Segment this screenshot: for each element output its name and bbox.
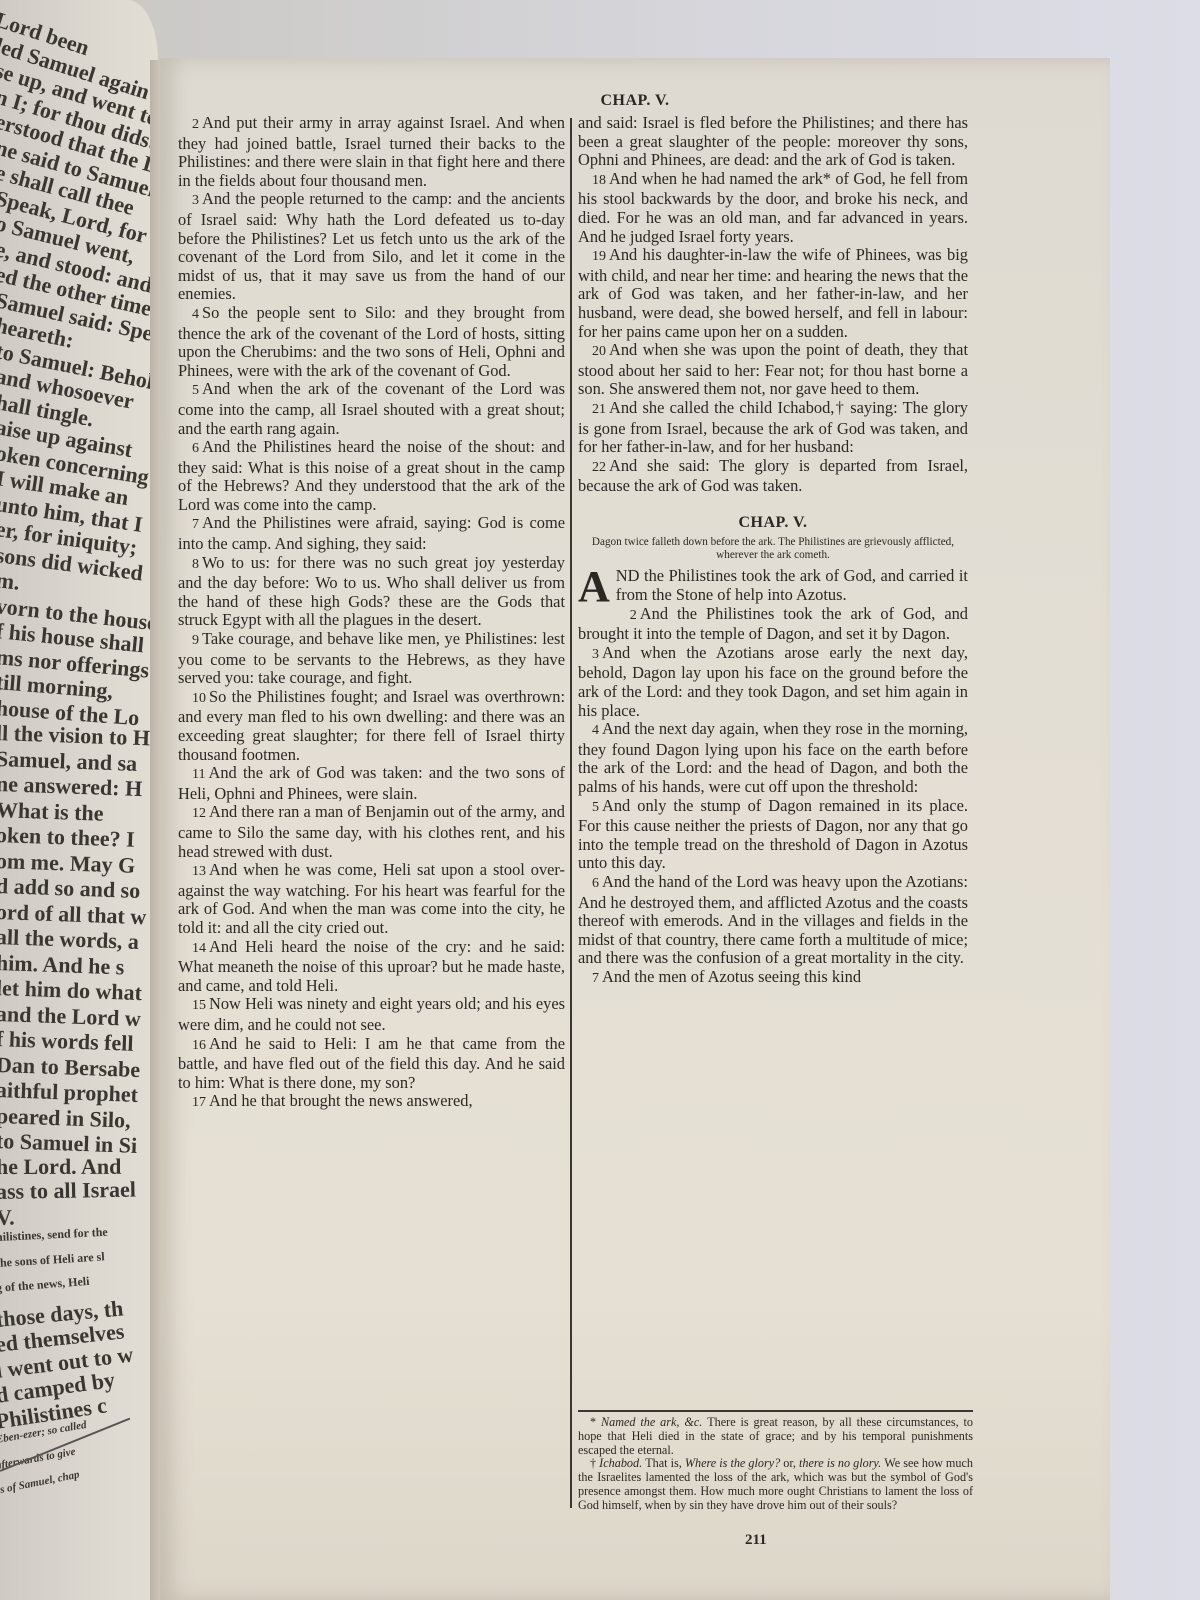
chapter-v-verses: 2And the Philistines took the ark of God… xyxy=(578,605,968,989)
verse: 7And the Philistines were afraid, saying… xyxy=(178,514,565,553)
verse-number: 7 xyxy=(592,971,599,986)
verse: 11And the ark of God was taken: and the … xyxy=(178,764,565,803)
facing-page-text: V. xyxy=(0,1204,15,1231)
verse-number: 11 xyxy=(192,767,205,782)
verse-number: 17 xyxy=(192,1095,206,1110)
footnote-mark: * xyxy=(590,1415,601,1429)
verse-text: Now Heli was ninety and eight years old;… xyxy=(178,994,565,1034)
verse: 9Take courage, and behave like men, ye P… xyxy=(178,630,565,688)
verse-text: And the men of Azotus seeing this kind xyxy=(602,967,861,986)
verse-number: 16 xyxy=(192,1038,206,1053)
facing-page: Lord beenled Samuel againse up, and went… xyxy=(0,0,158,1600)
verse-text: So the people sent to Silo: and they bro… xyxy=(178,303,565,380)
verse-number: 2 xyxy=(192,117,199,132)
verse: 17And he that brought the news answered, xyxy=(178,1092,565,1113)
verse-text: And only the stump of Dagon remained in … xyxy=(578,796,968,873)
right-column: and said: Israel is fled before the Phil… xyxy=(578,114,968,989)
drop-cap: A xyxy=(578,569,610,605)
verse-number: 12 xyxy=(192,806,206,821)
verse-number: 14 xyxy=(192,941,206,956)
verse: 22And she said: The glory is departed fr… xyxy=(578,457,968,496)
verse: 3And when the Azotians arose early the n… xyxy=(578,644,968,720)
verse-text: And Heli heard the noise of the cry: and… xyxy=(178,937,565,995)
verse-text: And she said: The glory is departed from… xyxy=(578,456,968,496)
footnote-1: * Named the ark, &c. There is great reas… xyxy=(578,1416,973,1457)
verse-number: 2 xyxy=(630,608,637,623)
verse-number: 6 xyxy=(192,441,199,456)
footnotes: * Named the ark, &c. There is great reas… xyxy=(578,1416,973,1513)
verse-number: 18 xyxy=(592,173,606,188)
verse: 18And when he had named the ark* of God,… xyxy=(578,170,968,246)
verse: 6And the hand of the Lord was heavy upon… xyxy=(578,873,968,968)
verse-text: Take courage, and behave like men, ye Ph… xyxy=(178,629,565,687)
verse: 19And his daughter-in-law the wife of Ph… xyxy=(578,246,968,341)
verse: 2And put their army in array against Isr… xyxy=(178,114,565,190)
footnote-lemma: Ichabod. xyxy=(599,1456,645,1470)
verse: 3And the people returned to the camp: an… xyxy=(178,190,565,304)
footnote-rule xyxy=(578,1410,973,1412)
verse-number: 4 xyxy=(592,723,599,738)
verse-number: 22 xyxy=(592,460,606,475)
verse-text: And when the ark of the covenant of the … xyxy=(178,379,565,437)
verse-text: And he said to Heli: I am he that came f… xyxy=(178,1034,565,1092)
verse: and said: Israel is fled before the Phil… xyxy=(578,114,968,170)
facing-page-text: afterwards to give xyxy=(0,1445,76,1471)
verse-text: And the Philistines were afraid, saying:… xyxy=(178,513,565,553)
verse: 10So the Philistines fought; and Israel … xyxy=(178,688,565,764)
footnote-italic: Where is the glory? xyxy=(685,1456,783,1470)
running-head: CHAP. V. xyxy=(160,92,1110,110)
verse-number: 5 xyxy=(192,383,199,398)
facing-page-text: ass to all Israel xyxy=(0,1177,136,1205)
verse: 16And he said to Heli: I am he that came… xyxy=(178,1035,565,1093)
verse-number: 15 xyxy=(192,998,206,1013)
verse-text: And when he had named the ark* of God, h… xyxy=(578,169,968,246)
verse: 8Wo to us: for there was no such great j… xyxy=(178,554,565,630)
verse-text: And he that brought the news answered, xyxy=(209,1091,473,1110)
verse-number: 6 xyxy=(592,876,599,891)
verse-text: And when she was upon the point of death… xyxy=(578,340,968,398)
verse-text: So the Philistines fought; and Israel wa… xyxy=(178,687,565,764)
verse-text: And the Philistines heard the noise of t… xyxy=(178,437,565,514)
footnote-text: or, xyxy=(783,1456,799,1470)
column-divider xyxy=(570,118,572,1508)
facing-page-text: he Lord. And xyxy=(0,1153,121,1179)
verse-text: And there ran a man of Benjamin out of t… xyxy=(178,802,565,860)
verse-text: And his daughter-in-law the wife of Phin… xyxy=(578,245,968,340)
footnote-2: † Ichabod. That is, Where is the glory? … xyxy=(578,1457,973,1512)
verse: 21And she called the child Ichabod,† say… xyxy=(578,399,968,457)
verse-text: and said: Israel is fled before the Phil… xyxy=(578,113,968,169)
verse: 4So the people sent to Silo: and they br… xyxy=(178,304,565,380)
verse-text: And the next day again, when they rose i… xyxy=(578,719,968,796)
verse: 2And the Philistines took the ark of God… xyxy=(578,605,968,644)
footnote-italic: there is no glory. xyxy=(799,1456,884,1470)
footnote-mark: † xyxy=(590,1456,599,1470)
verse: 15Now Heli was ninety and eight years ol… xyxy=(178,995,565,1034)
verse-number: 8 xyxy=(192,557,199,572)
chapter-first-verse: A ND the Philistines took the ark of God… xyxy=(578,567,968,604)
verse: 6And the Philistines heard the noise of … xyxy=(178,438,565,514)
verse: 13And when he was come, Heli sat upon a … xyxy=(178,861,565,937)
verse-number: 3 xyxy=(592,647,599,662)
verse-number: 4 xyxy=(192,307,199,322)
verse-text: And the people returned to the camp: and… xyxy=(178,189,565,303)
facing-page-text: g of the news, Heli xyxy=(0,1274,90,1296)
verse-text: And the ark of God was taken: and the tw… xyxy=(178,763,565,803)
verse-number: 5 xyxy=(592,800,599,815)
verse-number: 9 xyxy=(192,633,199,648)
verse-number: 3 xyxy=(192,193,199,208)
verse-number: 10 xyxy=(192,691,206,706)
verse-text: And when he was come, Heli sat upon a st… xyxy=(178,860,565,937)
verse-text: And put their army in array against Isra… xyxy=(178,113,565,190)
verse: 7And the men of Azotus seeing this kind xyxy=(578,968,968,989)
verse-number: 21 xyxy=(592,402,606,417)
facing-page-text: rs of Samuel, chap xyxy=(0,1469,81,1497)
chapter-heading: CHAP. V. xyxy=(578,514,968,533)
first-verse-text: ND the Philistines took the ark of God, … xyxy=(616,566,968,604)
verse: 20And when she was upon the point of dea… xyxy=(578,341,968,399)
verse: 12And there ran a man of Benjamin out of… xyxy=(178,803,565,861)
verse: 5And when the ark of the covenant of the… xyxy=(178,380,565,438)
verse: 5And only the stump of Dagon remained in… xyxy=(578,797,968,873)
chapter-argument: Dagon twice falleth down before the ark.… xyxy=(578,536,968,561)
verse-number: 20 xyxy=(592,344,606,359)
left-column: 2And put their army in array against Isr… xyxy=(178,114,565,1113)
verse-number: 13 xyxy=(192,864,206,879)
verse-text: And she called the child Ichabod,† sayin… xyxy=(578,398,968,456)
verse-number: 19 xyxy=(592,249,606,264)
verse-text: And the hand of the Lord was heavy upon … xyxy=(578,872,968,967)
facing-page-text: m. xyxy=(0,567,21,596)
footnote-text: That is, xyxy=(645,1456,685,1470)
page-number: 211 xyxy=(745,1532,767,1549)
book-page: CHAP. V. 2And put their army in array ag… xyxy=(160,58,1110,1600)
verse-text: And when the Azotians arose early the ne… xyxy=(578,643,968,720)
facing-page-text: hilistines, send for the xyxy=(0,1225,108,1245)
verse-text: Wo to us: for there was no such great jo… xyxy=(178,553,565,630)
verse: 14And Heli heard the noise of the cry: a… xyxy=(178,938,565,996)
verse: 4And the next day again, when they rose … xyxy=(578,720,968,796)
chapter-iv-end: and said: Israel is fled before the Phil… xyxy=(578,114,968,496)
footnote-lemma: Named the ark, &c. xyxy=(601,1415,707,1429)
verse-number: 7 xyxy=(192,517,199,532)
facing-page-text: the sons of Heli are sl xyxy=(0,1249,105,1271)
